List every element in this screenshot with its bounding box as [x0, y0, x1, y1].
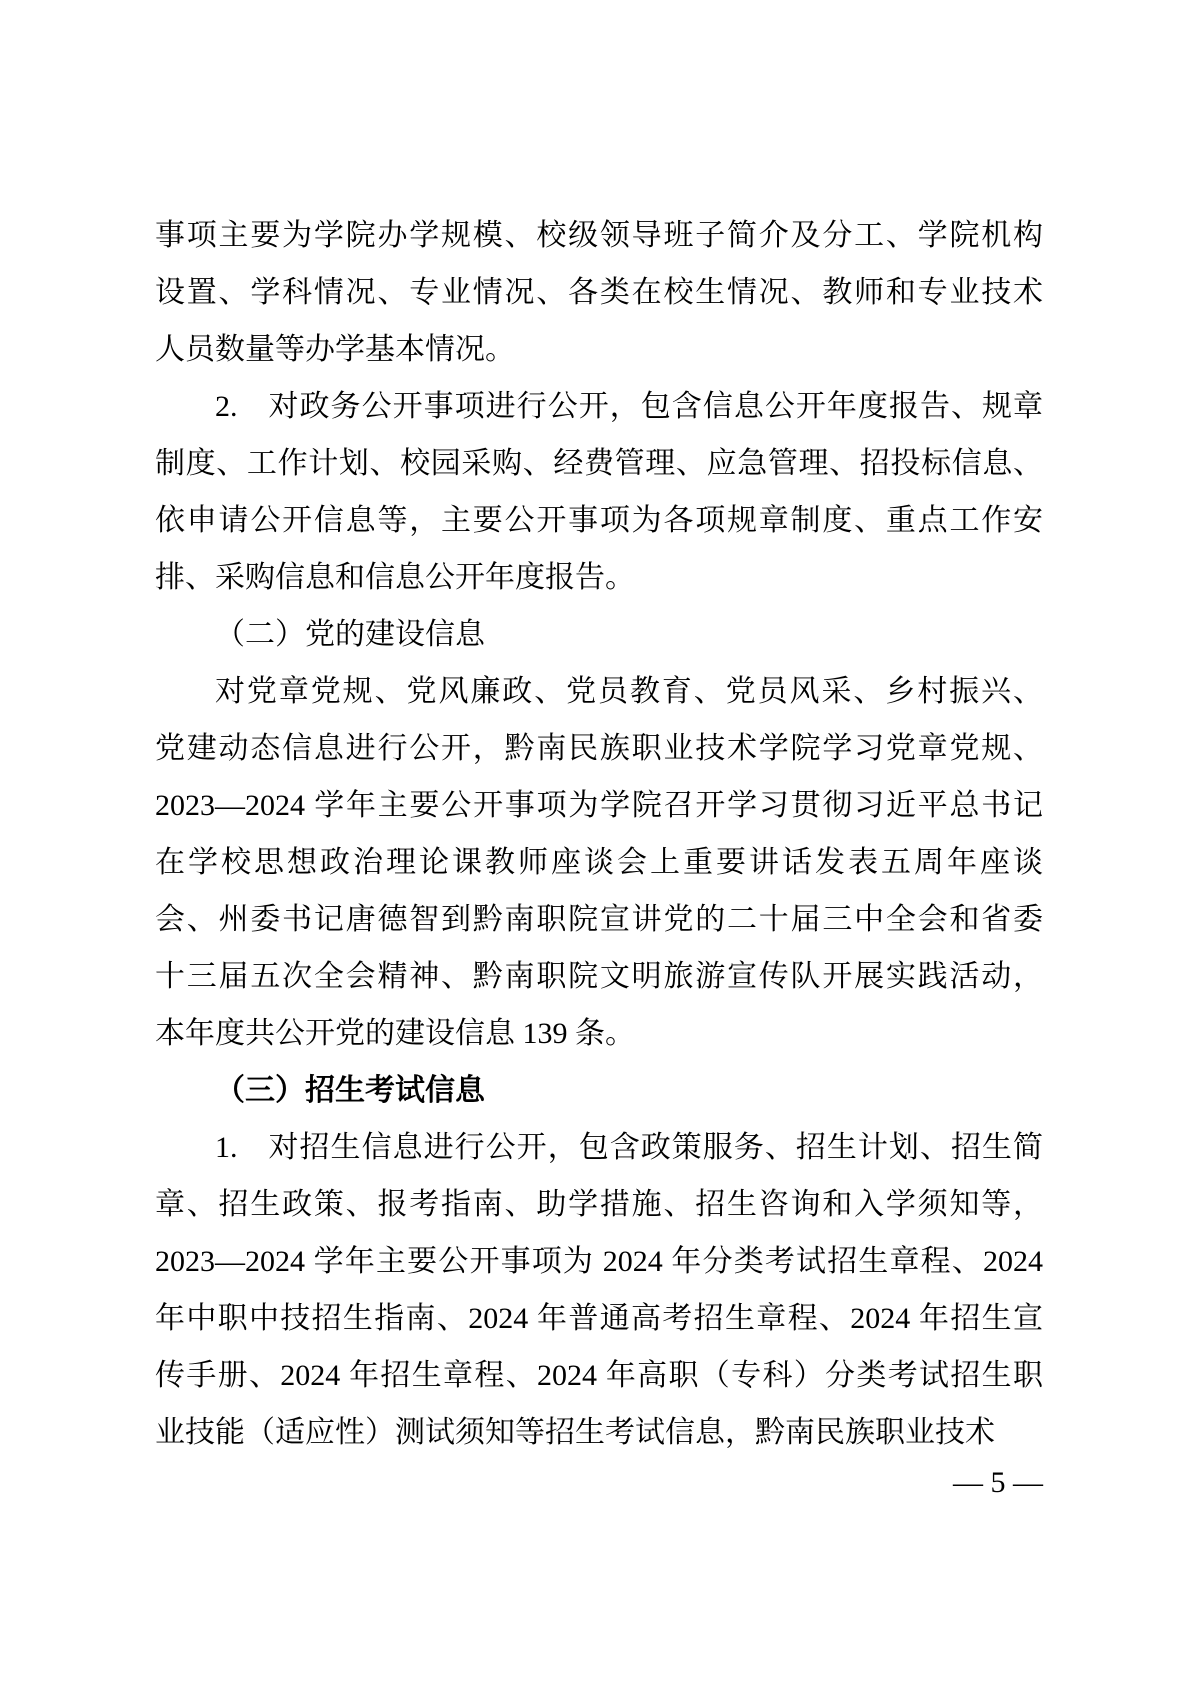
- paragraph: 2. 对政务公开事项进行公开，包含信息公开年度报告、规章制度、工作计划、校园采购…: [155, 378, 1043, 606]
- text-line: 年中职中技招生指南、2024 年普通高考招生章程、2024 年招生宣: [155, 1290, 1043, 1347]
- text-line: 人员数量等办学基本情况。: [155, 321, 1043, 378]
- page-footer: — 5 —: [953, 1460, 1043, 1506]
- text-line: 事项主要为学院办学规模、校级领导班子简介及分工、学院机构: [155, 207, 1043, 264]
- text-line: 党建动态信息进行公开，黔南民族职业技术学院学习党章党规、: [155, 720, 1043, 777]
- text-line: 章、招生政策、报考指南、助学措施、招生咨询和入学须知等，: [155, 1176, 1043, 1233]
- text-line: 在学校思想政治理论课教师座谈会上重要讲话发表五周年座谈: [155, 834, 1043, 891]
- text-line: 业技能（适应性）测试须知等招生考试信息，黔南民族职业技术: [155, 1404, 1043, 1461]
- text-line: 会、州委书记唐德智到黔南职院宣讲党的二十届三中全会和省委: [155, 891, 1043, 948]
- text-line: 2023—2024 学年主要公开事项为学院召开学习贯彻习近平总书记: [155, 777, 1043, 834]
- text-line: 十三届五次全会精神、黔南职院文明旅游宣传队开展实践活动，: [155, 948, 1043, 1005]
- section-heading: （三）招生考试信息: [155, 1062, 1043, 1119]
- document-body: 事项主要为学院办学规模、校级领导班子简介及分工、学院机构设置、学科情况、专业情况…: [155, 207, 1043, 1461]
- text-line: （三）招生考试信息: [155, 1062, 1043, 1119]
- text-line: 传手册、2024 年招生章程、2024 年高职（专科）分类考试招生职: [155, 1347, 1043, 1404]
- text-line: 设置、学科情况、专业情况、各类在校生情况、教师和专业技术: [155, 264, 1043, 321]
- document-page: 事项主要为学院办学规模、校级领导班子简介及分工、学院机构设置、学科情况、专业情况…: [0, 0, 1191, 1684]
- paragraph: 对党章党规、党风廉政、党员教育、党员风采、乡村振兴、党建动态信息进行公开，黔南民…: [155, 663, 1043, 1062]
- paragraph: 1. 对招生信息进行公开，包含政策服务、招生计划、招生简章、招生政策、报考指南、…: [155, 1119, 1043, 1461]
- page-number: — 5 —: [953, 1466, 1043, 1499]
- text-line: 制度、工作计划、校园采购、经费管理、应急管理、招投标信息、: [155, 435, 1043, 492]
- text-line: 依申请公开信息等，主要公开事项为各项规章制度、重点工作安: [155, 492, 1043, 549]
- text-line: 排、采购信息和信息公开年度报告。: [155, 549, 1043, 606]
- text-line: 本年度共公开党的建设信息 139 条。: [155, 1005, 1043, 1062]
- text-line: 2. 对政务公开事项进行公开，包含信息公开年度报告、规章: [155, 378, 1043, 435]
- section-heading: （二）党的建设信息: [155, 606, 1043, 663]
- text-line: （二）党的建设信息: [155, 606, 1043, 663]
- text-line: 1. 对招生信息进行公开，包含政策服务、招生计划、招生简: [155, 1119, 1043, 1176]
- text-line: 2023—2024 学年主要公开事项为 2024 年分类考试招生章程、2024: [155, 1233, 1043, 1290]
- text-line: 对党章党规、党风廉政、党员教育、党员风采、乡村振兴、: [155, 663, 1043, 720]
- paragraph: 事项主要为学院办学规模、校级领导班子简介及分工、学院机构设置、学科情况、专业情况…: [155, 207, 1043, 378]
